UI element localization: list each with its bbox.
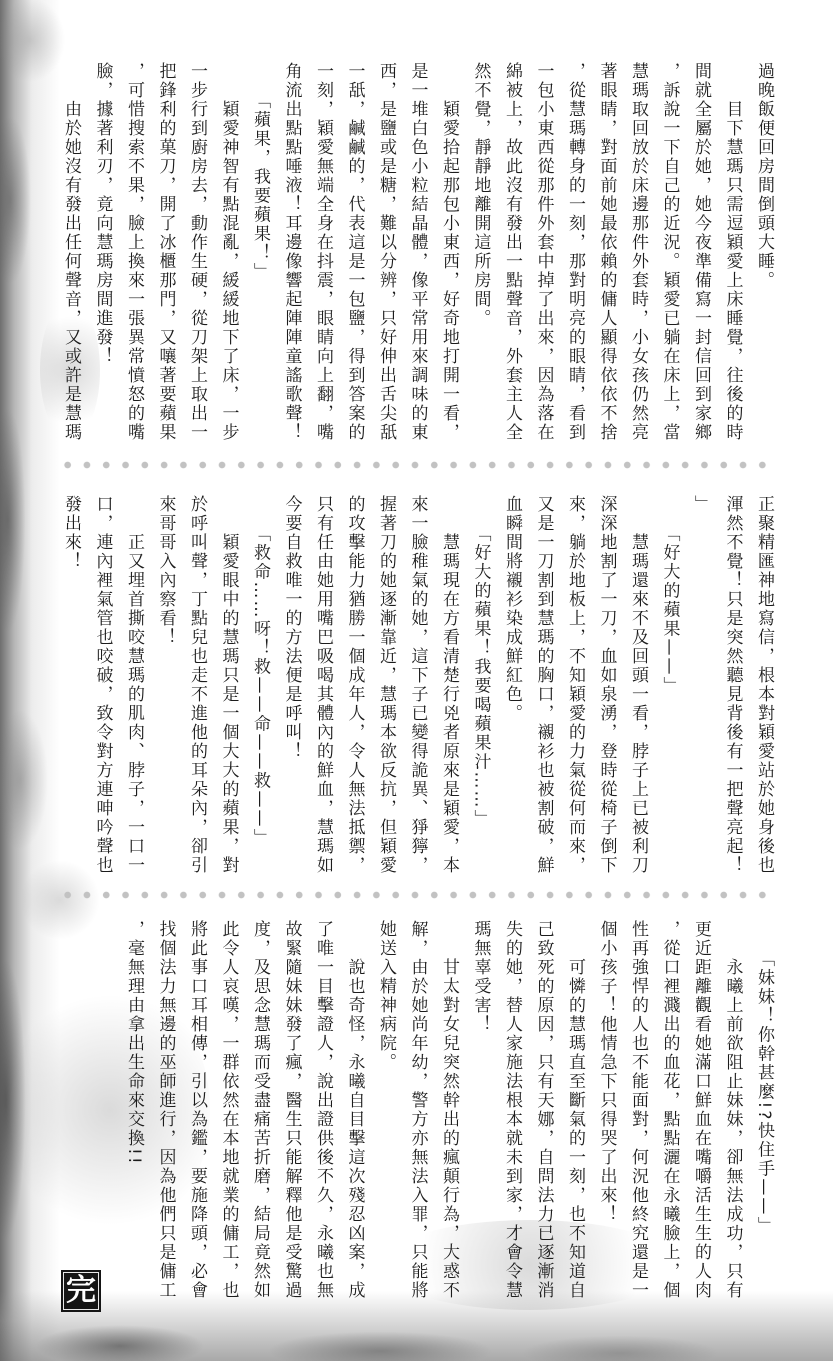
text-column: 說也奇怪，永曦自目擊這次殘忍凶案，成 xyxy=(338,920,370,1305)
text-block-2: 正聚精匯神地寫信，根本對穎愛站於她身後也 渾然不覺！只是突然聽見背後有一把聲亮起… xyxy=(54,495,779,880)
text-column: ，毫無理由拿出生命來交換!! xyxy=(118,920,150,1305)
text-column: 由於她沒有發出任何聲音，又或許是慧瑪 xyxy=(55,62,87,447)
text-column: 西，是鹽或是糖，難以分辨，只好伸出舌尖舐 xyxy=(370,62,402,447)
text-column: 更近距離觀看她滿口鮮血在嘴嚼活生生的人肉 xyxy=(685,920,717,1305)
text-column: ，從口裡濺出的血花，點點灑在永曦臉上，個 xyxy=(653,920,685,1305)
text-column: 過晚飯便回房間倒頭大睡。 xyxy=(748,62,780,447)
text-column: 來，躺於地板上，不知穎愛的力氣從何而來， xyxy=(559,495,591,880)
text-column: 著眼睛，對面前她最依賴的傭人顯得依依不捨 xyxy=(590,62,622,447)
text-column: 又是一刀割到慧瑪的胸口，襯衫也被割破，鮮 xyxy=(527,495,559,880)
dotted-separator-1 xyxy=(58,461,772,469)
text-column: 綿被上，故此沒有發出一點聲音，外套主人全 xyxy=(496,62,528,447)
text-column: 渾然不覺！只是突然聽見背後有一把聲亮起！ xyxy=(716,495,748,880)
text-block-3: 「妹妹！你幹甚麼!?快住手——」 永曦上前欲阻止妹妹，卻無法成功，只有 更近距離… xyxy=(54,920,779,1305)
text-column: 一舐，鹹鹹的，代表這是一包鹽，得到答案的 xyxy=(338,62,370,447)
text-block-1: 過晚飯便回房間倒頭大睡。 目下慧瑪只需逗穎愛上床睡覺，往後的時 間就全屬於她，她… xyxy=(54,62,779,447)
end-mark-badge: 完 xyxy=(61,1270,101,1312)
text-column: 解，由於她尚年幼，警方亦無法入罪，只能將 xyxy=(401,920,433,1305)
text-column: 握著刀的她逐漸靠近，慧瑪本欲反抗，但穎愛 xyxy=(370,495,402,880)
text-column: 可憐的慧瑪直至斷氣的一刻，也不知道自 xyxy=(559,920,591,1305)
text-column: 只有任由她用嘴巴吸喝其體內的鮮血，慧瑪如 xyxy=(307,495,339,880)
text-column: 己致死的原因，只有天娜，自問法力已逐漸消 xyxy=(527,920,559,1305)
text-column: 正聚精匯神地寫信，根本對穎愛站於她身後也 xyxy=(748,495,780,880)
text-column: 此令人哀嘆，一群依然在本地就業的傭工，也 xyxy=(212,920,244,1305)
text-column: 把鋒利的菓刀，開了冰櫃那門，又嚷著要蘋果 xyxy=(149,62,181,447)
text-column: 」 xyxy=(685,495,717,880)
text-column: 穎愛眼中的慧瑪只是一個大大的蘋果，對 xyxy=(212,495,244,880)
text-column: ，從慧瑪轉身的一刻，那對明亮的眼睛，看到 xyxy=(559,62,591,447)
text-column: 性再強悍的人也不能面對，何況他終究還是一 xyxy=(622,920,654,1305)
text-column: 血瞬間將襯衫染成鮮紅色。 xyxy=(496,495,528,880)
text-column: 永曦上前欲阻止妹妹，卻無法成功，只有 xyxy=(716,920,748,1305)
text-column: 來哥哥入內察看！ xyxy=(149,495,181,880)
text-column: 她送入精神病院。 xyxy=(370,920,402,1305)
text-column: 找個法力無邊的巫師進行，因為他們只是傭工 xyxy=(149,920,181,1305)
text-column: 然不覺，靜靜地離開這所房間。 xyxy=(464,62,496,447)
text-column: 個小孩子！他情急下只得哭了出來！ xyxy=(590,920,622,1305)
text-column: 「救命……呀！救——命——救——」 xyxy=(244,495,276,880)
dotted-separator-2 xyxy=(58,891,772,899)
text-column: ，可惜搜索不果，臉上換來一張異常憤怒的嘴 xyxy=(118,62,150,447)
text-column: 來一臉稚氣的她，這下子已變得詭異、猙獰， xyxy=(401,495,433,880)
text-column: 目下慧瑪只需逗穎愛上床睡覺，往後的時 xyxy=(716,62,748,447)
text-column: 了唯一目擊證人，說出證供後不久，永曦也無 xyxy=(307,920,339,1305)
text-column: ，訴說一下自己的近況。穎愛已躺在床上，當 xyxy=(653,62,685,447)
text-column: 將此事口耳相傳，引以為鑑，要施降頭，必會 xyxy=(181,920,213,1305)
text-column: 失的她，替人家施法根本就未到家，才會令慧 xyxy=(496,920,528,1305)
text-column: 「好大的蘋果——」 xyxy=(653,495,685,880)
text-column: 發出來！ xyxy=(55,495,87,880)
text-column: 「蘋果，我要蘋果！」 xyxy=(244,62,276,447)
text-column: 一刻，穎愛無端全身在抖震，眼睛向上翻，嘴 xyxy=(307,62,339,447)
text-column: 慧瑪取回放於床邊那件外套時，小女孩仍然亮 xyxy=(622,62,654,447)
text-column: 今要自救唯一的方法便是呼叫！ xyxy=(275,495,307,880)
text-column: 角流出點點唾液！耳邊像響起陣陣童謠歌聲！ xyxy=(275,62,307,447)
text-column: 正又埋首撕咬慧瑪的肌肉、脖子，一口一 xyxy=(118,495,150,880)
text-column: 於呼叫聲，丁點兒也走不進他的耳朵內，卻引 xyxy=(181,495,213,880)
text-column: 的攻擊能力猶勝一個成年人，令人無法抵禦， xyxy=(338,495,370,880)
text-column: 故緊隨妹妹發了瘋，醫生只能解釋他是受驚過 xyxy=(275,920,307,1305)
text-column: 慧瑪現在方看清楚行兇者原來是穎愛，本 xyxy=(433,495,465,880)
text-column: 口，連內裡氣管也咬破，致令對方連呻吟聲也 xyxy=(86,495,118,880)
text-column: 穎愛神智有點混亂，緩緩地下了床，一步 xyxy=(212,62,244,447)
text-column: 穎愛拾起那包小東西，好奇地打開一看， xyxy=(433,62,465,447)
text-column: 慧瑪還來不及回頭一看，脖子上已被利刀 xyxy=(622,495,654,880)
text-column: 是一堆白色小粒結晶體，像平常用來調味的東 xyxy=(401,62,433,447)
text-column: 間就全屬於她，她今夜準備寫一封信回到家鄉 xyxy=(685,62,717,447)
text-column: 一步行到廚房去，動作生硬，從刀架上取出一 xyxy=(181,62,213,447)
text-column: 臉，據著利刃，竟向慧瑪房間進發！ xyxy=(86,62,118,447)
text-column: 「妹妹！你幹甚麼!?快住手——」 xyxy=(748,920,780,1305)
text-column: 深深地割了一刀，血如泉湧，登時從椅子倒下 xyxy=(590,495,622,880)
text-column: 甘太對女兒突然幹出的瘋顛行為，大惑不 xyxy=(433,920,465,1305)
text-column: 「好大的蘋果！我要喝蘋果汁……」 xyxy=(464,495,496,880)
text-column: 瑪無辜受害！ xyxy=(464,920,496,1305)
text-column: 一包小東西從那件外套中掉了出來，因為落在 xyxy=(527,62,559,447)
text-column: 度，及思念慧瑪而受盡痛苦折磨，結局竟然如 xyxy=(244,920,276,1305)
